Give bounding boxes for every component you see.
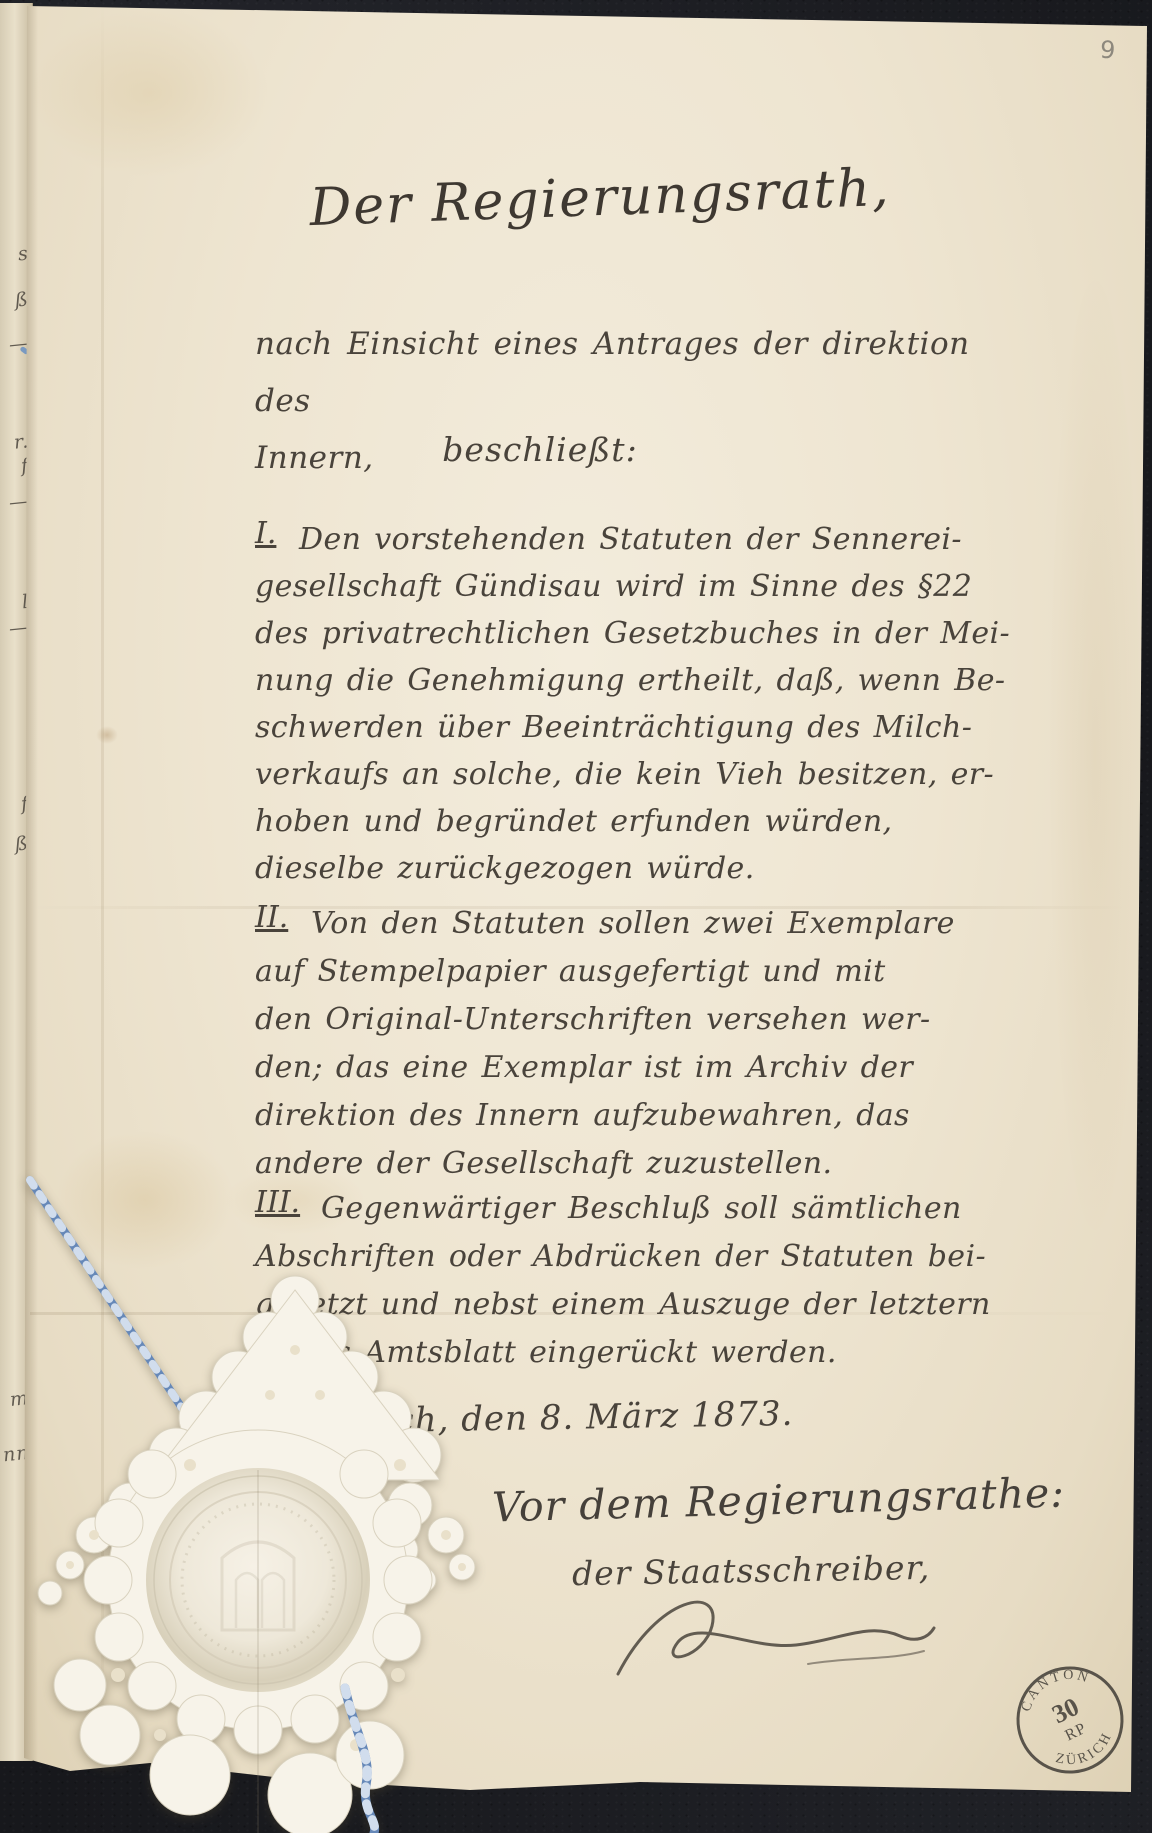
signature-flourish-icon [600, 1578, 950, 1693]
handwriting-line: schwerden über Beeinträchtigung des Milc… [255, 704, 1005, 751]
handwriting-line: hoben und begründet erfunden würden, [255, 798, 1005, 845]
section-ii: II. Von den Statuten sollen zwei Exempla… [255, 900, 1005, 1188]
paper-stain [30, 8, 270, 178]
handwriting-line: Den vorstehenden Statuten der Sennerei- [255, 516, 1005, 563]
handwriting-line: direktion des Innern aufzubewahren, das [255, 1092, 1005, 1140]
decree-word: beschließt: [330, 430, 750, 469]
section-lines: Von den Statuten sollen zwei Exemplareau… [255, 900, 1005, 1188]
section-i: I. Den vorstehenden Statuten der Sennere… [255, 516, 1005, 892]
handwriting-line: nach Einsicht eines Antrages der direkti… [255, 316, 995, 430]
handwriting-line: gesellschaft Gündisau wird im Sinne des … [255, 563, 1005, 610]
handwriting-line: Von den Statuten sollen zwei Exemplare [255, 900, 1005, 948]
archive-scan: sß—r.f—l—fßmnn 9 Der Regierungsrath, nac… [0, 0, 1152, 1833]
paper-stain [1050, 280, 1140, 1230]
handwriting-line: den; das eine Exemplar ist im Archiv der [255, 1044, 1005, 1092]
fee-stamp: CANTON ZÜRICH 30 RP [992, 1642, 1147, 1797]
section-lines: Den vorstehenden Statuten der Sennerei-g… [255, 516, 1005, 892]
handwriting-line: verkaufs an solche, die kein Vieh besitz… [255, 751, 1005, 798]
document-title: Der Regierungsrath, [299, 158, 901, 239]
handwriting-line: nung die Genehmigung ertheilt, daß, wenn… [255, 657, 1005, 704]
handwriting-line: auf Stempelpapier ausgefertigt und mit [255, 948, 1005, 996]
handwriting-line: des privatrechtlichen Gesetzbuches in de… [255, 610, 1005, 657]
handwriting-line: dieselbe zurückgezogen würde. [255, 845, 1005, 892]
page-number: 9 [1099, 36, 1116, 65]
paper-seal [10, 1150, 490, 1833]
closing-formula: Vor dem Regierungsrathe: [491, 1469, 1065, 1532]
handwriting-line: den Original-Unterschriften versehen wer… [255, 996, 1005, 1044]
foxing-spot [96, 726, 118, 744]
fee-stamp-icon: CANTON ZÜRICH 30 RP [992, 1642, 1147, 1797]
